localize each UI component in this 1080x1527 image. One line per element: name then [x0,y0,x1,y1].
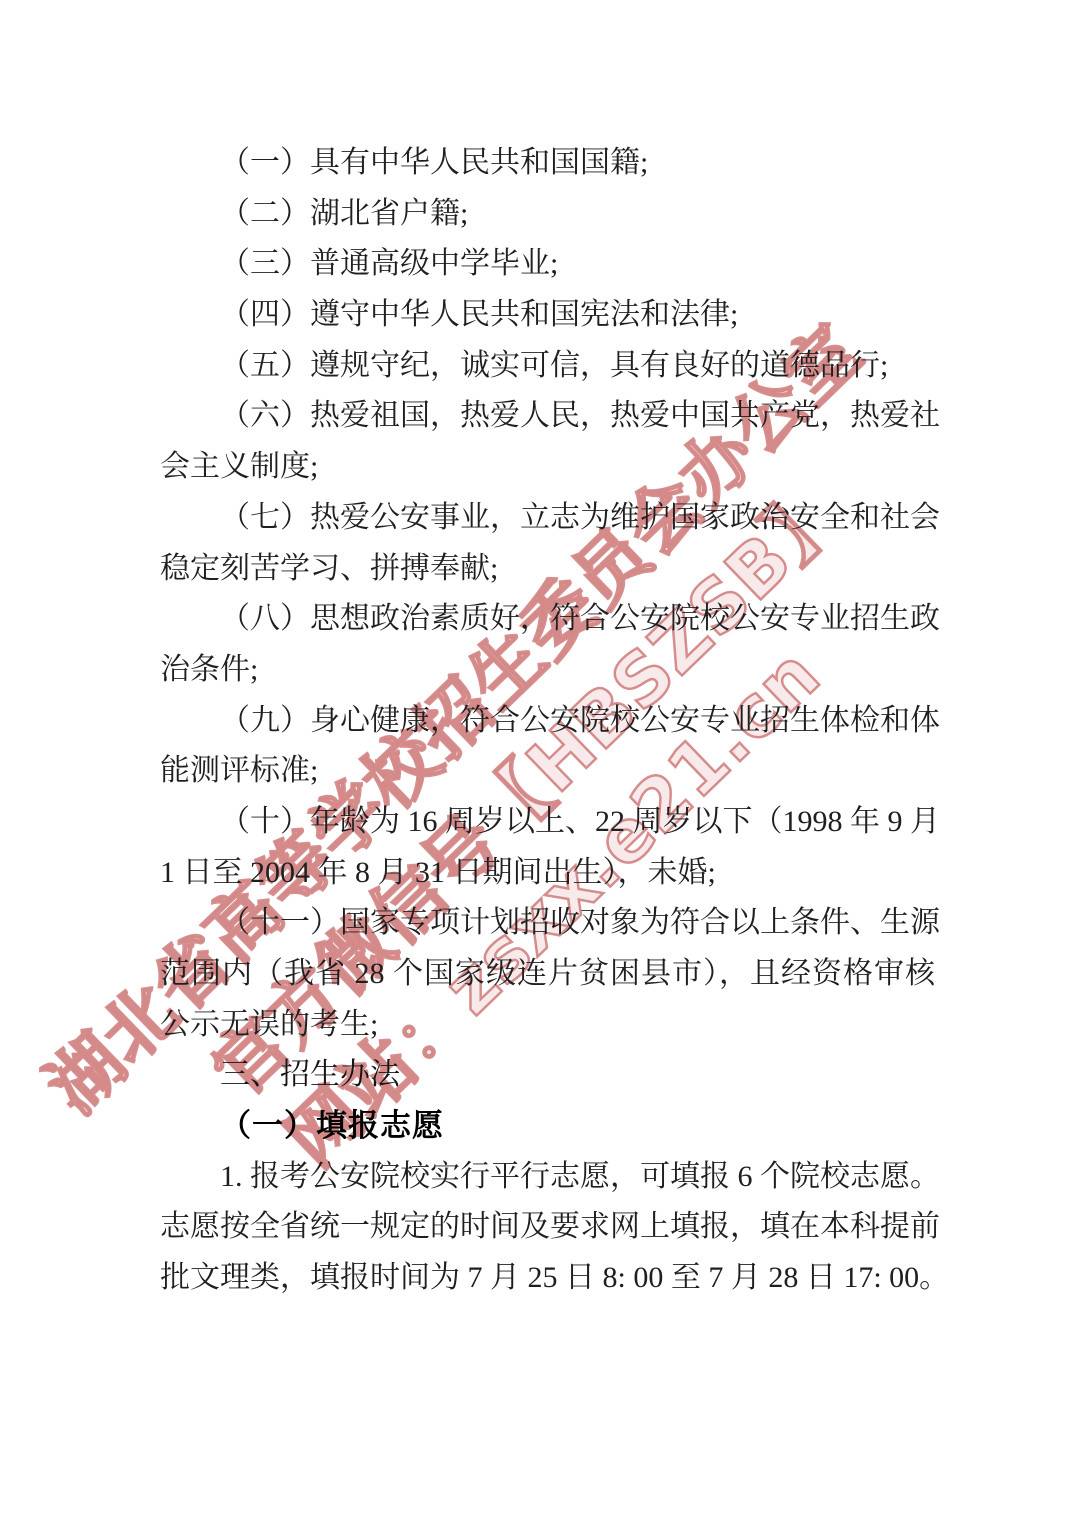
text-line: （十一）国家专项计划招收对象为符合以上条件、生源 [160,898,935,949]
text-line: （五）遵规守纪，诚实可信，具有良好的道德品行; [160,341,935,392]
text-line: （八）思想政治素质好，符合公安院校公安专业招生政 [160,594,935,645]
text-line: （六）热爱祖国，热爱人民，热爱中国共产党，热爱社 [160,391,935,442]
text-line: 公示无误的考生; [160,1000,935,1051]
text-line: 能测评标准; [160,746,935,797]
text-line: 范围内（我省 28 个国家级连片贫困县市），且经资格审核 [160,949,935,1000]
text-line: 1 日至 2004 年 8 月 31 日期间出生），未婚; [160,848,935,899]
text-line: 1. 报考公安院校实行平行志愿，可填报 6 个院校志愿。 [160,1152,935,1203]
text-line: 志愿按全省统一规定的时间及要求网上填报，填在本科提前 [160,1202,935,1253]
text-line: 稳定刻苦学习、拼搏奉献; [160,544,935,595]
text-line: （九）身心健康，符合公安院校公安专业招生体检和体 [160,696,935,747]
text-line: 批文理类，填报时间为 7 月 25 日 8: 00 至 7 月 28 日 17:… [160,1253,935,1304]
text-line: （七）热爱公安事业，立志为维护国家政治安全和社会 [160,493,935,544]
text-line: （一）具有中华人民共和国国籍; [160,138,935,189]
text-line: 治条件; [160,645,935,696]
document-body: （一）具有中华人民共和国国籍;（二）湖北省户籍;（三）普通高级中学毕业;（四）遵… [160,138,935,1304]
text-line: （四）遵守中华人民共和国宪法和法律; [160,290,935,341]
text-line: （三）普通高级中学毕业; [160,239,935,290]
text-line: （十）年龄为 16 周岁以上、22 周岁以下（1998 年 9 月 [160,797,935,848]
text-line: （一）填报志愿 [160,1101,935,1152]
text-line: 三、招生办法 [160,1050,935,1101]
text-line: （二）湖北省户籍; [160,189,935,240]
text-line: 会主义制度; [160,442,935,493]
document-page: 湖北省高等学校招生委员会办公室 官方微信号【HBSZSB】 网站：zsxx.e2… [0,0,1080,1527]
